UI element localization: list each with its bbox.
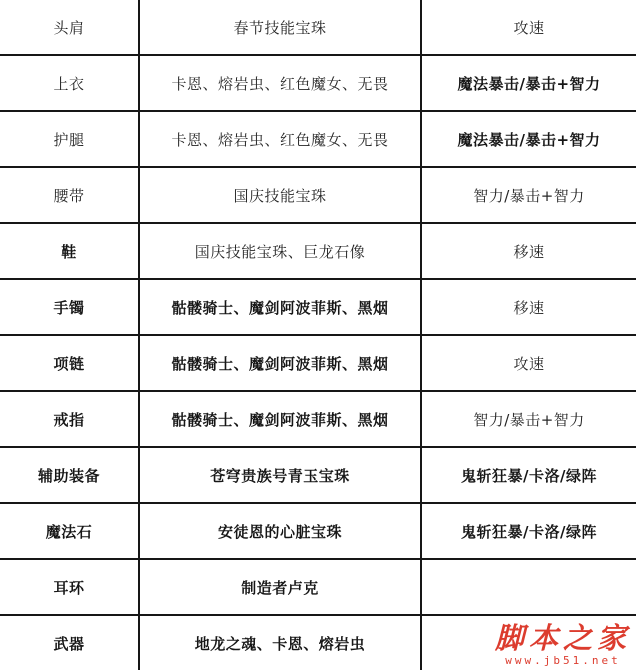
item-label: 骷髅骑士、魔剑阿波菲斯、黑烟 [171,353,388,374]
stat-cell: 鬼斩狂暴/卡洛/绿阵 [422,448,636,502]
slot-cell: 腰带 [0,168,140,222]
stat-cell: 攻速 [422,336,636,390]
item-cell: 卡恩、熔岩虫、红色魔女、无畏 [140,112,422,166]
slot-cell: 武器 [0,616,140,670]
equipment-table: 头肩 春节技能宝珠 攻速 上衣 卡恩、熔岩虫、红色魔女、无畏 魔法暴击/暴击+智… [0,0,636,670]
stat-label: 鬼斩狂暴/卡洛/绿阵 [461,521,597,542]
slot-label: 鞋 [61,241,77,262]
table-row: 武器 地龙之魂、卡恩、熔岩虫 [0,616,636,670]
item-cell: 春节技能宝珠 [140,0,422,54]
item-cell: 安徒恩的心脏宝珠 [140,504,422,558]
stat-cell: 鬼斩狂暴/卡洛/绿阵 [422,504,636,558]
item-cell: 国庆技能宝珠 [140,168,422,222]
slot-cell: 魔法石 [0,504,140,558]
slot-label: 项链 [53,353,84,374]
stat-label: 攻速 [513,17,544,38]
item-cell: 骷髅骑士、魔剑阿波菲斯、黑烟 [140,336,422,390]
item-label: 卡恩、熔岩虫、红色魔女、无畏 [171,73,388,94]
item-cell: 骷髅骑士、魔剑阿波菲斯、黑烟 [140,280,422,334]
table-row: 护腿 卡恩、熔岩虫、红色魔女、无畏 魔法暴击/暴击+智力 [0,112,636,168]
item-label: 骷髅骑士、魔剑阿波菲斯、黑烟 [171,297,388,318]
slot-label: 武器 [53,633,84,654]
slot-cell: 戒指 [0,392,140,446]
stat-cell: 魔法暴击/暴击+智力 [422,112,636,166]
stat-label: 魔法暴击/暴击+智力 [457,73,600,94]
stat-cell [422,616,636,670]
item-cell: 制造者卢克 [140,560,422,614]
item-cell: 骷髅骑士、魔剑阿波菲斯、黑烟 [140,392,422,446]
slot-label: 戒指 [53,409,84,430]
table-row: 腰带 国庆技能宝珠 智力/暴击+智力 [0,168,636,224]
item-label: 苍穹贵族号青玉宝珠 [210,465,350,486]
item-label: 春节技能宝珠 [233,17,326,38]
stat-label: 魔法暴击/暴击+智力 [457,129,600,150]
table-row: 头肩 春节技能宝珠 攻速 [0,0,636,56]
item-label: 骷髅骑士、魔剑阿波菲斯、黑烟 [171,409,388,430]
slot-cell: 护腿 [0,112,140,166]
slot-label: 上衣 [53,73,84,94]
item-label: 安徒恩的心脏宝珠 [218,521,342,542]
slot-cell: 手镯 [0,280,140,334]
item-label: 卡恩、熔岩虫、红色魔女、无畏 [171,129,388,150]
table-row: 戒指 骷髅骑士、魔剑阿波菲斯、黑烟 智力/暴击+智力 [0,392,636,448]
slot-label: 护腿 [53,129,84,150]
item-label: 国庆技能宝珠 [233,185,326,206]
slot-label: 辅助装备 [38,465,100,486]
table-row: 魔法石 安徒恩的心脏宝珠 鬼斩狂暴/卡洛/绿阵 [0,504,636,560]
item-cell: 地龙之魂、卡恩、熔岩虫 [140,616,422,670]
slot-label: 腰带 [53,185,84,206]
table-row: 上衣 卡恩、熔岩虫、红色魔女、无畏 魔法暴击/暴击+智力 [0,56,636,112]
item-cell: 国庆技能宝珠、巨龙石像 [140,224,422,278]
stat-label: 智力/暴击+智力 [473,185,585,206]
table-row: 辅助装备 苍穹贵族号青玉宝珠 鬼斩狂暴/卡洛/绿阵 [0,448,636,504]
stat-label: 攻速 [513,353,544,374]
item-label: 制造者卢克 [241,577,319,598]
item-label: 国庆技能宝珠、巨龙石像 [195,241,366,262]
slot-label: 魔法石 [46,521,93,542]
stat-cell [422,560,636,614]
slot-label: 头肩 [53,17,84,38]
stat-cell: 智力/暴击+智力 [422,392,636,446]
table-row: 手镯 骷髅骑士、魔剑阿波菲斯、黑烟 移速 [0,280,636,336]
table-row: 项链 骷髅骑士、魔剑阿波菲斯、黑烟 攻速 [0,336,636,392]
item-cell: 卡恩、熔岩虫、红色魔女、无畏 [140,56,422,110]
stat-cell: 攻速 [422,0,636,54]
stat-cell: 智力/暴击+智力 [422,168,636,222]
item-cell: 苍穹贵族号青玉宝珠 [140,448,422,502]
table-row: 鞋 国庆技能宝珠、巨龙石像 移速 [0,224,636,280]
stat-label: 鬼斩狂暴/卡洛/绿阵 [461,465,597,486]
stat-label: 智力/暴击+智力 [473,409,585,430]
slot-cell: 鞋 [0,224,140,278]
item-label: 地龙之魂、卡恩、熔岩虫 [195,633,366,654]
slot-cell: 上衣 [0,56,140,110]
slot-cell: 头肩 [0,0,140,54]
table-row: 耳环 制造者卢克 [0,560,636,616]
slot-label: 耳环 [53,577,84,598]
slot-label: 手镯 [53,297,84,318]
stat-cell: 移速 [422,280,636,334]
stat-cell: 魔法暴击/暴击+智力 [422,56,636,110]
slot-cell: 辅助装备 [0,448,140,502]
stat-label: 移速 [513,241,544,262]
slot-cell: 项链 [0,336,140,390]
stat-cell: 移速 [422,224,636,278]
slot-cell: 耳环 [0,560,140,614]
stat-label: 移速 [513,297,544,318]
